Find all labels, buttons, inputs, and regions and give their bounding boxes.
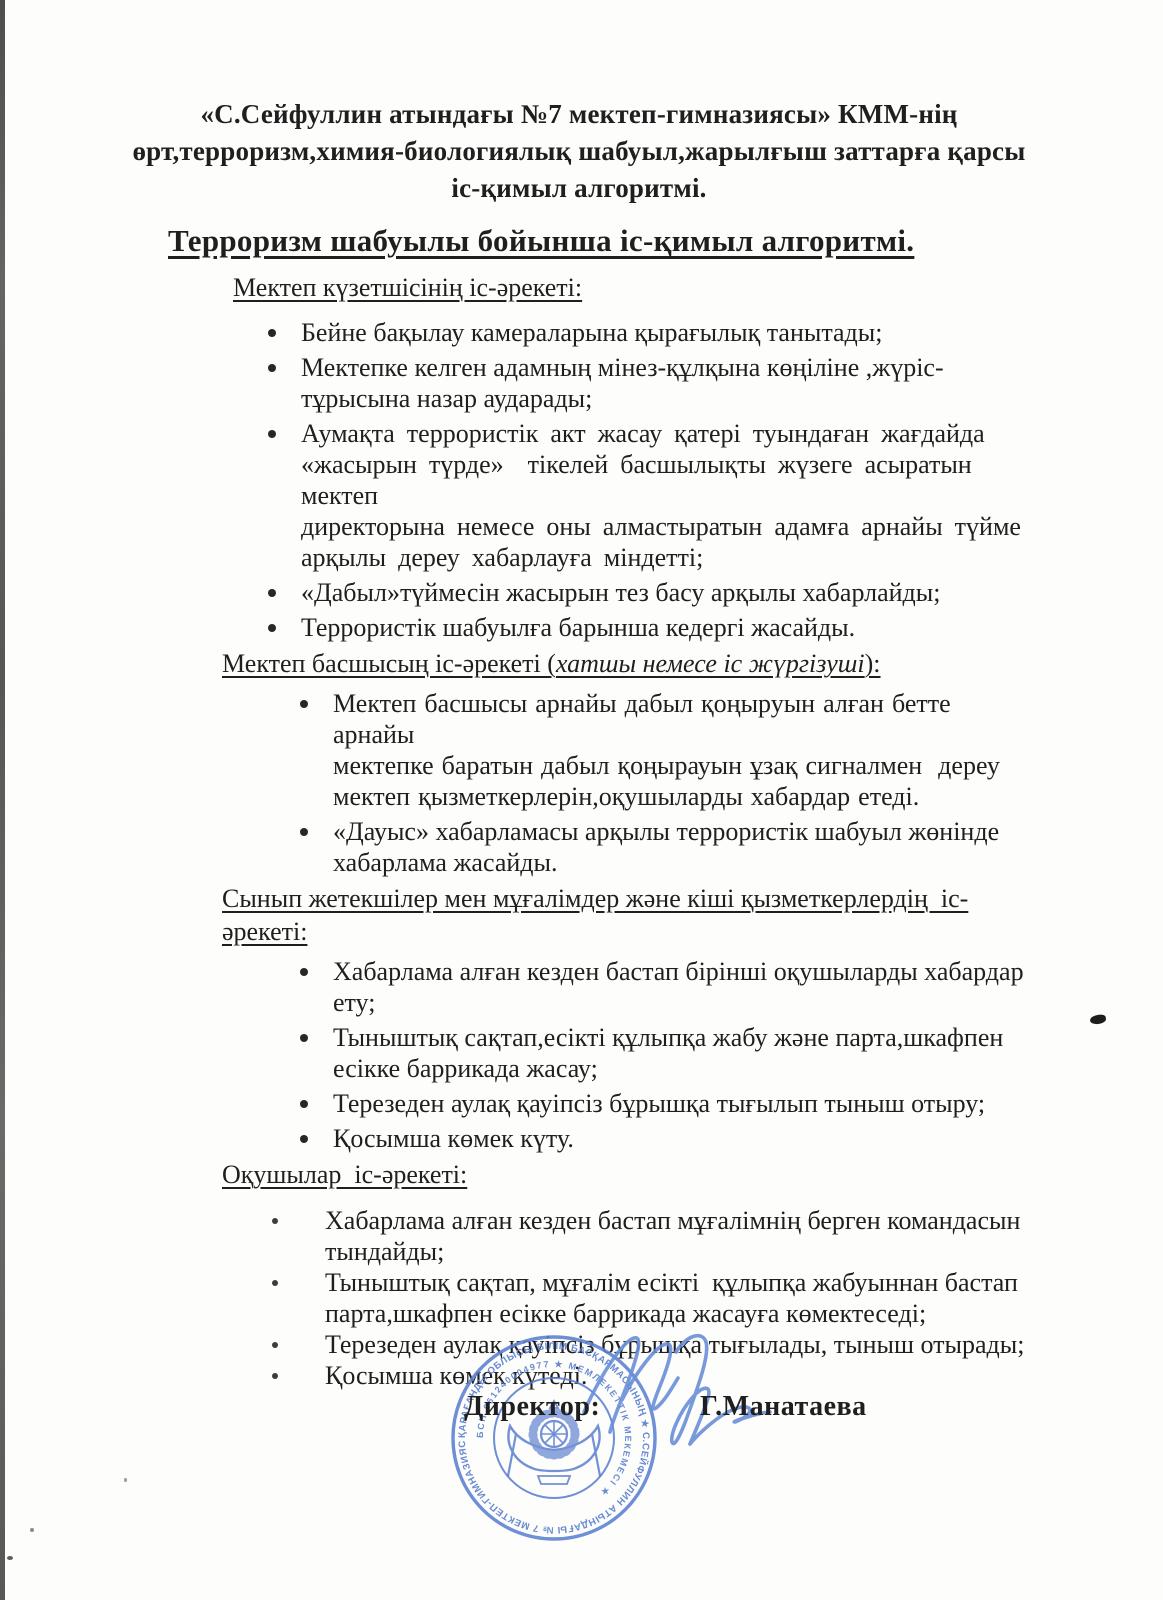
section-guard-heading: Мектеп күзетшісінің іс-әрекеті: [233, 271, 1040, 304]
list-item-text: Террористік шабуылға барынша кедергі жас… [301, 613, 855, 642]
section-students-heading-text: Оқушылар іс-әрекеті: [222, 1160, 467, 1189]
list-item-text: Хабарлама алған кезден бастап бірінші оқ… [333, 957, 1024, 1017]
scan-speck [124, 1478, 127, 1482]
bullet-icon [300, 1100, 308, 1108]
list-item-text: Аумақта террористік акт жасау қатері туы… [301, 419, 1021, 572]
list-item: Мектепке келген адамның мінез-құлқына кө… [268, 352, 1040, 414]
list-item-text: Терезеден аулақ қауіпсіз бұрышқа тығылып… [333, 1089, 985, 1118]
list-item: Терезеден аулақ қауіпсіз бұрышқа тығылып… [300, 1088, 1040, 1119]
bullet-icon [272, 1342, 278, 1348]
section-guard-heading-text: Мектеп күзетшісінің іс-әрекеті: [233, 273, 582, 302]
document-title: «С.Сейфуллин атындағы №7 мектеп-гимназия… [118, 96, 1040, 207]
bullet-icon [300, 1034, 308, 1042]
list-item: «Дабыл»түймесін жасырын тез басу арқылы … [268, 577, 1040, 608]
list-item: Мектеп басшысы арнайы дабыл қоңыруын алғ… [300, 688, 1040, 812]
director-name: Г.Манатаева [700, 1392, 867, 1422]
bullet-icon [268, 364, 276, 372]
list-item: Хабарлама алған кезден бастап мұғалімнің… [272, 1205, 1040, 1267]
bullet-icon [300, 968, 308, 976]
director-label: Директор: [464, 1392, 600, 1422]
scan-speck [7, 1556, 13, 1560]
list-item-text: Қосымша көмек күту. [333, 1124, 574, 1153]
list-item: Аумақта террористік акт жасау қатері туы… [268, 418, 1040, 573]
main-heading: Терроризм шабуылы бойынша іс-қимыл алгор… [168, 221, 1040, 261]
section-principal-heading-text: Мектеп басшысың іс-әрекеті (хатшы немесе… [222, 649, 881, 678]
section-teachers-heading-text: Сынып жетекшілер мен мұғалімдер және кіш… [222, 884, 968, 946]
section-students-heading: Оқушылар іс-әрекеті: [222, 1158, 1040, 1191]
ink-blot-artifact [1089, 1014, 1106, 1026]
bullet-icon [300, 828, 308, 836]
list-item-text: Мектеп басшысы арнайы дабыл қоңыруын алғ… [333, 689, 1000, 811]
list-item: Хабарлама алған кезден бастап бірінші оқ… [300, 956, 1040, 1018]
bullet-icon [268, 624, 276, 632]
scanned-document-page: { "document": { "title_lines": [ "«С.Сей… [0, 0, 1163, 1600]
principal-actions-list: Мектеп басшысы арнайы дабыл қоңыруын алғ… [300, 688, 1040, 878]
document-title-line-1: «С.Сейфуллин атындағы №7 мектеп-гимназия… [118, 96, 1040, 133]
scanner-edge-artifact [0, 0, 5, 1600]
bullet-icon [272, 1280, 278, 1286]
list-item: «Дауыс» хабарламасы арқылы террористік ш… [300, 816, 1040, 878]
document-title-line-3: іс-қимыл алгоритмі. [118, 170, 1040, 207]
scan-speck [30, 1528, 34, 1532]
bullet-icon [268, 329, 276, 337]
list-item-text: Бейне бақылау камераларына қырағылық тан… [301, 318, 882, 347]
heading-suffix: ): [865, 649, 881, 678]
bullet-icon [300, 1135, 308, 1143]
list-item: Тыныштық сақтап,есікті құлыпқа жабу және… [300, 1022, 1040, 1084]
list-item: Террористік шабуылға барынша кедергі жас… [268, 612, 1040, 643]
section-teachers-heading: Сынып жетекшілер мен мұғалімдер және кіш… [222, 882, 1040, 948]
bullet-icon [268, 430, 276, 438]
heading-prefix: Мектеп басшысың іс-әрекеті ( [222, 649, 556, 678]
bullet-icon [272, 1373, 278, 1379]
guard-actions-list: Бейне бақылау камераларына қырағылық тан… [268, 317, 1040, 643]
list-item-text: «Дауыс» хабарламасы арқылы террористік ш… [333, 817, 999, 877]
list-item: Бейне бақылау камераларына қырағылық тан… [268, 317, 1040, 348]
bullet-icon [272, 1218, 278, 1224]
list-item-text: Тыныштық сақтап,есікті құлыпқа жабу және… [333, 1023, 1003, 1083]
section-principal-heading: Мектеп басшысың іс-әрекеті (хатшы немесе… [222, 647, 1040, 680]
teachers-actions-list: Хабарлама алған кезден бастап бірінші оқ… [300, 956, 1040, 1154]
bullet-icon [268, 589, 276, 597]
document-body: «С.Сейфуллин атындағы №7 мектеп-гимназия… [118, 96, 1040, 1391]
list-item-text: «Дабыл»түймесін жасырын тез басу арқылы … [301, 578, 940, 607]
heading-italic: хатшы немесе іс жүргізуші [556, 649, 865, 678]
list-item-text: Мектепке келген адамның мінез-құлқына кө… [301, 353, 944, 413]
list-item: Қосымша көмек күту. [300, 1123, 1040, 1154]
document-title-line-2: өрт,терроризм,химия-биологиялық шабуыл,ж… [118, 133, 1040, 170]
bullet-icon [300, 700, 308, 708]
list-item-text: Хабарлама алған кезден бастап мұғалімнің… [325, 1206, 1020, 1266]
